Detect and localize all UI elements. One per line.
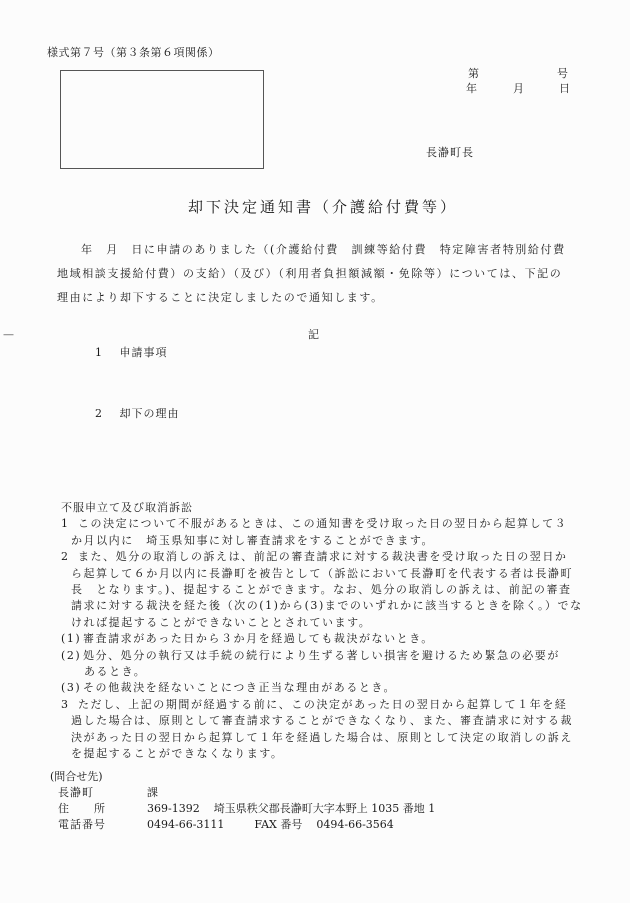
sub-item-number: (3) [61, 680, 83, 696]
appeal-item-number: 2 [61, 549, 78, 565]
appeal-heading: 不服申立て及び取消訴訟 [61, 500, 621, 516]
appeal-text: ただし、上記の期間が経過する前に、この決定があった日の翌日から起算して１年を経 [78, 698, 567, 711]
appeal-item-2-continued: ければ提起することができないこととされています。 [61, 615, 621, 631]
appeal-item-2-continued: ら起算して６か月以内に長瀞町を被告として（訴訟において長瀞町を代表する者は長瀞町 [61, 566, 621, 582]
appeal-sub-item-2: (2)処分、処分の執行又は手続の続行により生ずる著しい損害を避けるため緊急の必要… [61, 648, 621, 664]
contact-phone-row: 電話番号 0494-66-3111 FAX 番号 0494-66-3564 [50, 817, 435, 833]
sub-item-text: 処分、処分の執行又は手続の続行により生ずる著しい損害を避けるため緊急の必要が [83, 649, 560, 662]
appeal-sub-item-1: (1)審査請求があった日から３か月を経過しても裁決がないとき。 [61, 631, 621, 647]
sub-item-text: 審査請求があった日から３か月を経過しても裁決がないとき。 [83, 632, 434, 645]
reference-number-suffix: 号 [557, 68, 568, 79]
record-item-application: 1 申請事項 [95, 347, 168, 358]
appeal-item-number: 3 [61, 697, 78, 713]
appeal-item-2-continued: 請求に対する裁決を経た後（次の(1)から(3)までのいずれかに該当するときを除く… [61, 598, 621, 614]
notice-body-line: 理由により却下することに決定しましたので通知します。 [57, 286, 577, 310]
date-day-label: 日 [559, 83, 570, 94]
sub-item-number: (1) [61, 631, 83, 647]
reference-number-prefix: 第 [468, 68, 479, 79]
issuer-name: 長瀞町長 [426, 147, 474, 158]
record-item-number: 1 [95, 347, 115, 358]
stamp-box [60, 70, 264, 169]
appeal-item-3-continued: 決があった日の翌日から起算して１年を経過した場合は、原則として決定の取消しの訴え [61, 730, 621, 746]
appeal-item-3: 3ただし、上記の期間が経過する前に、この決定があった日の翌日から起算して１年を経 [61, 697, 621, 713]
fax-label: FAX 番号 [254, 817, 302, 833]
appeal-sub-item-2-continued: あるとき。 [61, 664, 621, 680]
phone-label: 電話番号 [58, 817, 147, 833]
appeal-item-2: 2また、処分の取消しの訴えは、前記の審査請求に対する裁決書を受け取った日の翌日か [61, 549, 621, 565]
appeal-item-1: 1この決定について不服があるときは、この通知書を受け取った日の翌日から起算して３ [61, 516, 621, 532]
appeal-item-2-continued: 長 となります。)、提起することができます。なお、処分の取消しの訴えは、前記の審… [61, 582, 621, 598]
date-year-label: 年 [466, 83, 477, 94]
phone-number: 0494-66-3111 [147, 817, 224, 833]
contact-address-row: 住 所 369-1392 埼玉県秩父郡長瀞町大字本野上 1035 番地 1 [50, 801, 435, 817]
fax-number: 0494-66-3564 [316, 817, 393, 833]
notice-body: 年 月 日に申請のありました（(介護給付費 訓練等給付費 特定障害者特別給付費 … [57, 238, 577, 310]
appeal-item-3-continued: を提起することができなくなります。 [61, 746, 621, 762]
appeal-item-3-continued: 過した場合は、原則として審査請求することができなくなり、また、審査請求に対する裁 [61, 713, 621, 729]
notice-body-line: 年 月 日に申請のありました（(介護給付費 訓練等給付費 特定障害者特別給付費 [57, 238, 577, 262]
form-number: 様式第７号（第３条第６項関係） [47, 47, 220, 58]
document-title: 却下決定通知書（介護給付費等） [188, 200, 458, 215]
appeal-item-number: 1 [61, 516, 78, 532]
address-label: 住 所 [58, 801, 147, 817]
contact-section: (問合せ先) 長瀞町 課 住 所 369-1392 埼玉県秩父郡長瀞町大字本野上… [50, 769, 435, 833]
date-month-label: 月 [513, 83, 524, 94]
department-label: 課 [147, 785, 158, 801]
address-value: 埼玉県秩父郡長瀞町大字本野上 1035 番地 1 [214, 801, 435, 817]
appeal-item-1-continued: か月以内に 埼玉県知事に対し審査請求をすることができます。 [61, 533, 621, 549]
appeal-sub-item-3: (3)その他裁決を経ないことにつき正当な理由があるとき。 [61, 680, 621, 696]
contact-heading: (問合せ先) [50, 769, 435, 785]
town-label: 長瀞町 [58, 785, 147, 801]
appeal-text: この決定について不服があるときは、この通知書を受け取った日の翌日から起算して３ [78, 517, 567, 530]
sub-item-number: (2) [61, 648, 83, 664]
notice-body-line: 地域相談支援給付費）の支給）（及び）（利用者負担額減額・免除等）については、下記… [57, 262, 577, 286]
record-item-reason: 2 却下の理由 [95, 408, 180, 419]
appeal-section: 不服申立て及び取消訴訟 1この決定について不服があるときは、この通知書を受け取っ… [61, 500, 621, 763]
record-item-label: 却下の理由 [120, 407, 180, 420]
margin-mark: — [3, 329, 14, 340]
ki-heading: 記 [308, 329, 319, 340]
sub-item-text: その他裁決を経ないことにつき正当な理由があるとき。 [83, 681, 396, 694]
contact-department-row: 長瀞町 課 [50, 785, 435, 801]
postal-code: 369-1392 [147, 801, 200, 817]
record-item-label: 申請事項 [120, 346, 168, 359]
appeal-text: また、処分の取消しの訴えは、前記の審査請求に対する裁決書を受け取った日の翌日か [78, 550, 567, 563]
record-item-number: 2 [95, 408, 115, 419]
